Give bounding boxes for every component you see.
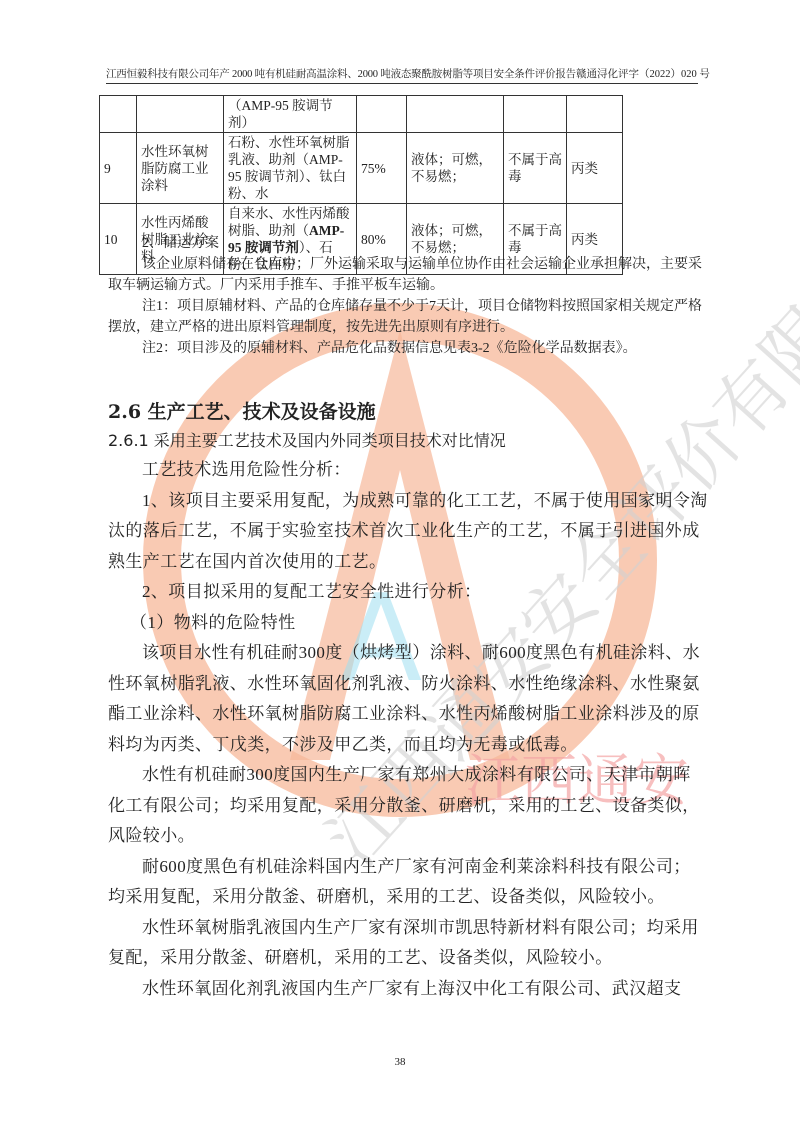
storage-paragraph: 该企业原料储存在仓库中；厂外运输采取与运输单位协作由社会运输企业承担解决，主要采…	[108, 254, 704, 296]
subsection-heading: 2.6.1 采用主要工艺技术及国内外同类项目技术对比情况	[108, 428, 506, 451]
document-page: A 江西通安安全评价有限公司 江西通安 江西恒毅科技有限公司年产 2000 吨有…	[0, 0, 800, 1131]
cell-fire-class: 丙类	[567, 133, 623, 204]
storage-section: 2、储运方案 该企业原料储存在仓库中；厂外运输采取与运输单位协作由社会运输企业承…	[108, 233, 704, 359]
note-2: 注2：项目涉及的原辅材料、产品危化品数据信息见表3-2《危险化学品数据表》。	[108, 338, 704, 359]
paragraph: 工艺技术选用危险性分析：	[108, 455, 708, 486]
page-number: 38	[0, 1056, 800, 1068]
cell-fire-class	[567, 96, 623, 133]
cell-content	[357, 96, 407, 133]
paragraph: 该项目水性有机硅耐300度（烘烤型）涂料、耐600度黑色有机硅涂料、水性环氧树脂…	[108, 638, 708, 760]
cell-hazard: 液体；可燃，不易燃；	[407, 133, 504, 204]
table-row: （AMP-95 胺调节剂）	[100, 96, 623, 133]
note-1: 注1：项目原辅材料、产品的仓库储存量不少于7天计，项目仓储物料按照国家相关规定严…	[108, 296, 704, 338]
cell-no	[100, 96, 137, 133]
cell-name: 水性环氧树脂防腐工业涂料	[137, 133, 224, 204]
page-header: 江西恒毅科技有限公司年产 2000 吨有机硅耐高温涂料、2000 吨液态聚酰胺树…	[106, 66, 698, 84]
paragraph: 2、项目拟采用的复配工艺安全性进行分析：	[108, 577, 708, 608]
cell-name	[137, 96, 224, 133]
cell-content: 75%	[357, 133, 407, 204]
table-row: 9 水性环氧树脂防腐工业涂料 石粉、水性环氧树脂乳液、助剂（AMP-95 胺调节…	[100, 133, 623, 204]
cell-toxicity	[504, 96, 567, 133]
paragraph: 水性环氧树脂乳液国内生产厂家有深圳市凯思特新材料有限公司；均采用复配，采用分散釜…	[108, 913, 708, 974]
cell-hazard	[407, 96, 504, 133]
section-heading: 2.6 生产工艺、技术及设备设施	[108, 397, 376, 424]
paragraph: （1）物料的危险特性	[108, 608, 708, 639]
cell-no: 9	[100, 133, 137, 204]
paragraph: 水性环氧固化剂乳液国内生产厂家有上海汉中化工有限公司、武汉超支	[108, 974, 708, 1005]
header-doc-number: 赣通浔化评字（2022）020 号	[576, 66, 710, 81]
paragraph: 耐600度黑色有机硅涂料国内生产厂家有河南金利莱涂料科技有限公司；均采用复配，采…	[108, 852, 708, 913]
cell-composition: 石粉、水性环氧树脂乳液、助剂（AMP-95 胺调节剂）、钛白粉、水	[224, 133, 357, 204]
section-body: 工艺技术选用危险性分析： 1、该项目主要采用复配，为成熟可靠的化工工艺，不属于使…	[108, 455, 708, 1004]
cell-toxicity: 不属于高毒	[504, 133, 567, 204]
paragraph: 1、该项目主要采用复配，为成熟可靠的化工工艺，不属于使用国家明令淘汰的落后工艺，…	[108, 486, 708, 578]
cell-composition: （AMP-95 胺调节剂）	[224, 96, 357, 133]
storage-heading: 2、储运方案	[108, 233, 704, 254]
paragraph: 水性有机硅耐300度国内生产厂家有郑州大成涂料有限公司、天津市朝晖化工有限公司；…	[108, 760, 708, 852]
header-title: 江西恒毅科技有限公司年产 2000 吨有机硅耐高温涂料、2000 吨液态聚酰胺树…	[106, 66, 576, 81]
